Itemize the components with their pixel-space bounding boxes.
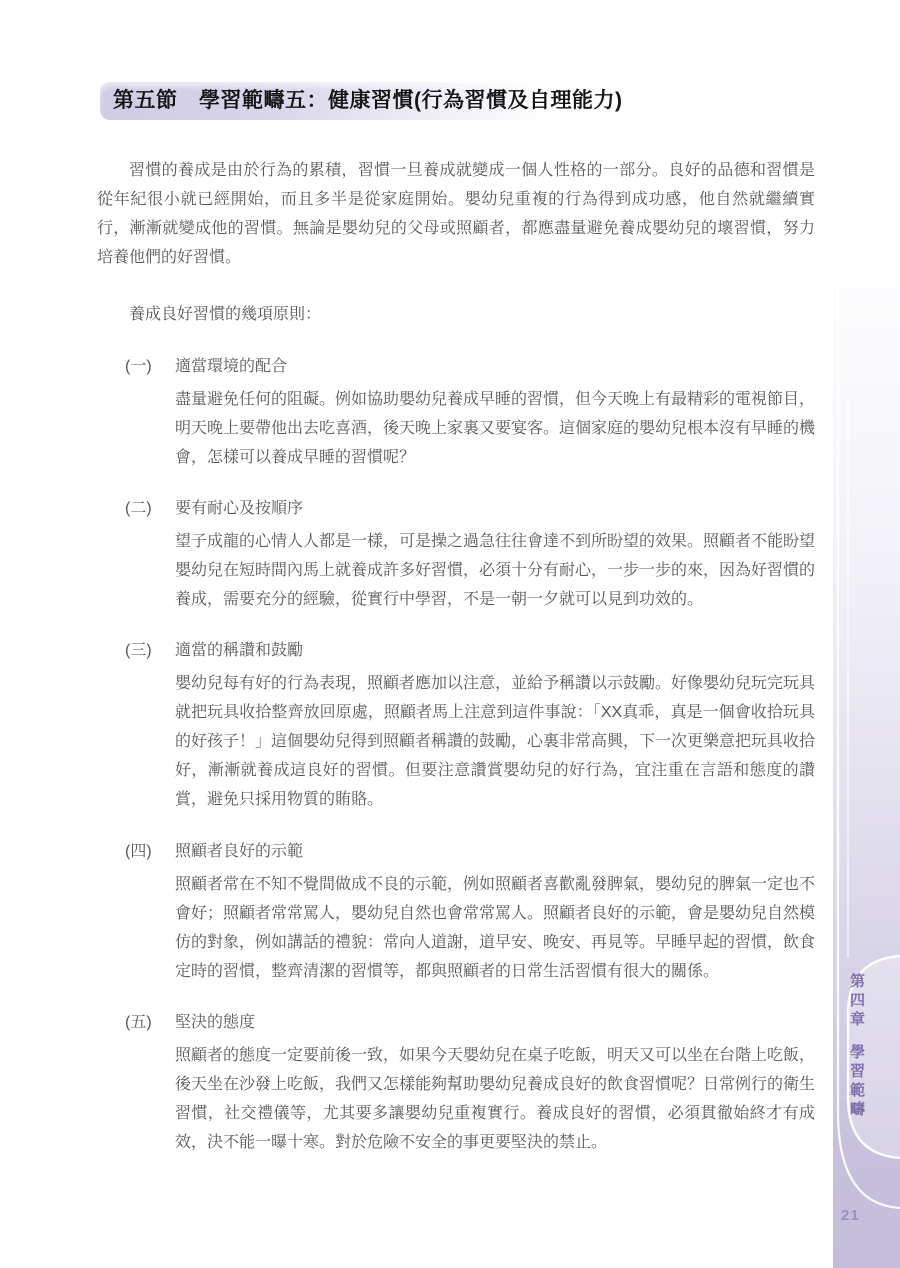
chapter-number-label: 第四章 [848, 973, 865, 1030]
principle-number: (五) [125, 1008, 175, 1037]
principle-number: (二) [125, 494, 175, 523]
principle-body: 望子成龍的心情人人都是一樣，可是操之過急往往會達不到所盼望的效果。照顧者不能盼望… [175, 527, 815, 614]
principle-item: (二) 要有耐心及按順序 望子成龍的心情人人都是一樣，可是操之過急往往會達不到所… [97, 494, 815, 614]
principle-title: 要有耐心及按順序 [175, 494, 815, 523]
principle-item: (五) 堅決的態度 照顧者的態度一定要前後一致，如果今天嬰幼兒在桌子吃飯，明天又… [97, 1008, 815, 1157]
chapter-title-label: 學習範疇 [848, 1044, 865, 1120]
principle-number: (四) [125, 837, 175, 866]
principles-heading: 養成良好習慣的幾項原則： [97, 300, 815, 329]
intro-paragraph: 習慣的養成是由於行為的累積，習慣一旦養成就變成一個人性格的一部分。良好的品德和習… [97, 156, 815, 272]
chapter-sidebar: 第四章學習範疇 21 [833, 0, 900, 1268]
principle-head: (四) 照顧者良好的示範 [97, 837, 815, 866]
principle-body: 照顧者的態度一定要前後一致，如果今天嬰幼兒在桌子吃飯，明天又可以坐在台階上吃飯，… [175, 1041, 815, 1157]
principle-title: 照顧者良好的示範 [175, 837, 815, 866]
swoosh-graphic [833, 0, 900, 1268]
principle-title: 適當的稱讚和鼓勵 [175, 636, 815, 665]
section-title: 第五節 學習範疇五：健康習慣(行為習慣及自理能力) [100, 82, 645, 120]
principle-title: 堅決的態度 [175, 1008, 815, 1037]
principle-title: 適當環境的配合 [175, 352, 815, 381]
principle-body: 嬰幼兒每有好的行為表現，照顧者應加以注意，並給予稱讚以示鼓勵。好像嬰幼兒玩完玩具… [175, 669, 815, 814]
principle-head: (三) 適當的稱讚和鼓勵 [97, 636, 815, 665]
principle-item: (一) 適當環境的配合 盡量避免任何的阻礙。例如協助嬰幼兒養成早睡的習慣，但今天… [97, 352, 815, 472]
principle-item: (三) 適當的稱讚和鼓勵 嬰幼兒每有好的行為表現，照顧者應加以注意，並給予稱讚以… [97, 636, 815, 814]
principle-body: 盡量避免任何的阻礙。例如協助嬰幼兒養成早睡的習慣，但今天晚上有最精彩的電視節目，… [175, 385, 815, 472]
document-page: 第五節 學習範疇五：健康習慣(行為習慣及自理能力) 習慣的養成是由於行為的累積，… [0, 0, 900, 1268]
principle-head: (二) 要有耐心及按順序 [97, 494, 815, 523]
principles-list: (一) 適當環境的配合 盡量避免任何的阻礙。例如協助嬰幼兒養成早睡的習慣，但今天… [97, 352, 815, 1157]
principle-item: (四) 照顧者良好的示範 照顧者常在不知不覺間做成不良的示範，例如照顧者喜歡亂發… [97, 837, 815, 986]
page-number: 21 [841, 1207, 860, 1224]
principle-number: (三) [125, 636, 175, 665]
principle-number: (一) [125, 352, 175, 381]
content-column: 習慣的養成是由於行為的累積，習慣一旦養成就變成一個人性格的一部分。良好的品德和習… [97, 156, 815, 1157]
principle-head: (一) 適當環境的配合 [97, 352, 815, 381]
chapter-tab: 第四章學習範疇 [849, 973, 864, 1120]
principle-body: 照顧者常在不知不覺間做成不良的示範，例如照顧者喜歡亂發脾氣，嬰幼兒的脾氣一定也不… [175, 870, 815, 986]
principle-head: (五) 堅決的態度 [97, 1008, 815, 1037]
section-header-bar: 第五節 學習範疇五：健康習慣(行為習慣及自理能力) [100, 82, 645, 120]
